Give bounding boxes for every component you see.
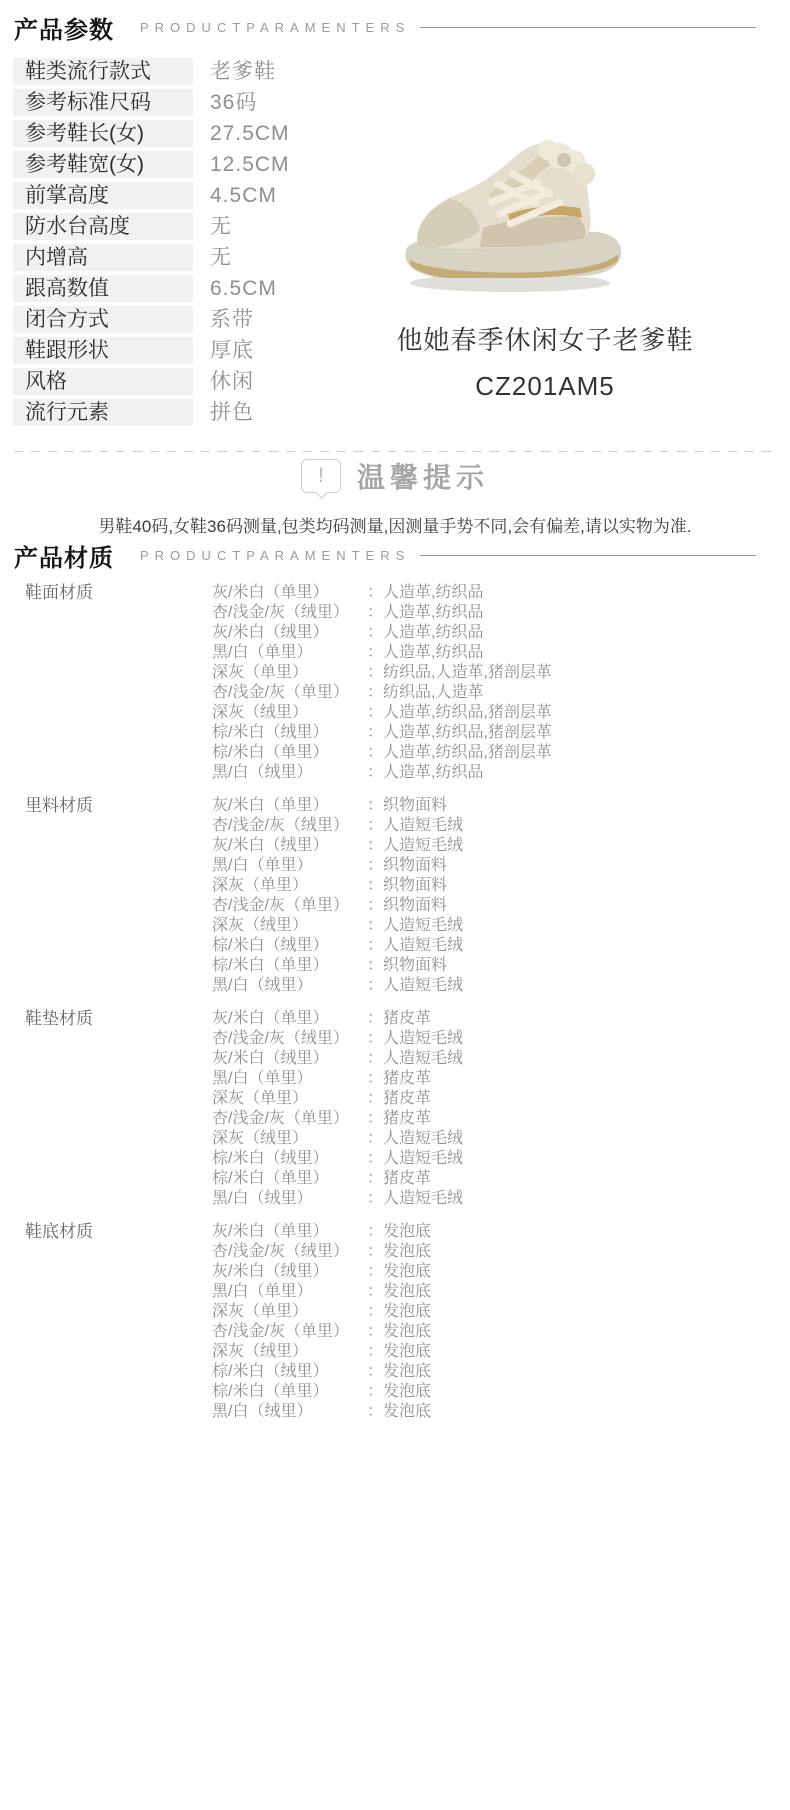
- sneaker-illustration: [388, 98, 638, 298]
- exclamation-bubble-icon: !: [301, 459, 341, 493]
- material-colorway: 棕/米白（绒里）: [212, 1149, 367, 1169]
- material-composition: ：人造短毛绒: [367, 976, 463, 996]
- section-subtitle-params: PRODUCTPARAMENTERS: [140, 20, 410, 35]
- material-row: 杏/浅金/灰（绒里）：人造短毛绒: [212, 816, 765, 836]
- material-colorway: 深灰（绒里）: [212, 1129, 367, 1149]
- spec-label: 前掌高度: [13, 182, 193, 209]
- material-row: 灰/米白（绒里）：发泡底: [212, 1262, 765, 1282]
- spec-label: 防水台高度: [13, 213, 193, 240]
- material-block-label: 里料材质: [25, 796, 93, 816]
- spec-label: 参考鞋宽(女): [13, 151, 193, 178]
- material-colorway: 黑/白（单里）: [212, 1069, 367, 1089]
- material-composition: ：发泡底: [367, 1322, 431, 1342]
- material-row: 棕/米白（绒里）：人造短毛绒: [212, 1149, 765, 1169]
- product-model: CZ201AM5: [390, 371, 700, 402]
- material-colorway: 杏/浅金/灰（单里）: [212, 683, 367, 703]
- material-colorway: 黑/白（绒里）: [212, 763, 367, 783]
- spec-row: 前掌高度4.5CM: [13, 182, 290, 209]
- material-composition: ：人造短毛绒: [367, 916, 463, 936]
- material-composition: ：人造革,纺织品: [367, 643, 483, 663]
- material-row: 灰/米白（单里）：发泡底: [212, 1222, 765, 1242]
- material-row: 黑/白（单里）：人造革,纺织品: [212, 643, 765, 663]
- material-colorway: 深灰（绒里）: [212, 1342, 367, 1362]
- spec-row: 参考标准尺码36码: [13, 89, 290, 116]
- material-row: 杏/浅金/灰（绒里）：发泡底: [212, 1242, 765, 1262]
- material-colorway: 灰/米白（绒里）: [212, 1262, 367, 1282]
- section-header-params: 产品参数 PRODUCTPARAMENTERS: [14, 10, 756, 45]
- material-row: 灰/米白（绒里）：人造短毛绒: [212, 836, 765, 856]
- material-colorway: 棕/米白（绒里）: [212, 1362, 367, 1382]
- material-row: 棕/米白（单里）：猪皮革: [212, 1169, 765, 1189]
- product-text: 他她春季休闲女子老爹鞋 CZ201AM5: [390, 320, 700, 402]
- material-row: 深灰（单里）：织物面料: [212, 876, 765, 896]
- material-row: 杏/浅金/灰（绒里）：人造短毛绒: [212, 1029, 765, 1049]
- tips-title: 温馨提示: [357, 456, 489, 496]
- material-composition: ：纺织品,人造革,猪剖层革: [367, 663, 552, 683]
- material-row: 棕/米白（绒里）：发泡底: [212, 1362, 765, 1382]
- spec-value: 系带: [210, 306, 254, 333]
- spec-value: 无: [210, 244, 232, 271]
- material-row: 深灰（单里）：纺织品,人造革,猪剖层革: [212, 663, 765, 683]
- material-row: 深灰（绒里）：人造短毛绒: [212, 916, 765, 936]
- material-row: 杏/浅金/灰（单里）：织物面料: [212, 896, 765, 916]
- material-row: 杏/浅金/灰（单里）：纺织品,人造革: [212, 683, 765, 703]
- material-row: 黑/白（绒里）：人造短毛绒: [212, 1189, 765, 1209]
- material-row: 黑/白（绒里）：人造短毛绒: [212, 976, 765, 996]
- material-colorway: 棕/米白（绒里）: [212, 723, 367, 743]
- material-composition: ：人造短毛绒: [367, 1189, 463, 1209]
- spec-row: 防水台高度无: [13, 213, 290, 240]
- material-colorway: 杏/浅金/灰（单里）: [212, 1109, 367, 1129]
- material-colorway: 灰/米白（单里）: [212, 796, 367, 816]
- spec-label: 流行元素: [13, 399, 193, 426]
- spec-value: 4.5CM: [210, 182, 277, 209]
- material-block: 鞋面材质灰/米白（单里）：人造革,纺织品杏/浅金/灰（绒里）：人造革,纺织品灰/…: [25, 583, 765, 783]
- materials-list: 鞋面材质灰/米白（单里）：人造革,纺织品杏/浅金/灰（绒里）：人造革,纺织品灰/…: [25, 583, 765, 1435]
- material-colorway: 黑/白（单里）: [212, 856, 367, 876]
- spec-row: 参考鞋长(女)27.5CM: [13, 120, 290, 147]
- material-composition: ：人造短毛绒: [367, 936, 463, 956]
- material-colorway: 黑/白（绒里）: [212, 976, 367, 996]
- spec-value: 无: [210, 213, 232, 240]
- material-composition: ：人造革,纺织品,猪剖层革: [367, 743, 552, 763]
- section-subtitle-materials: PRODUCTPARAMENTERS: [140, 548, 410, 563]
- material-colorway: 深灰（单里）: [212, 1089, 367, 1109]
- spec-label: 内增高: [13, 244, 193, 271]
- spec-label: 风格: [13, 368, 193, 395]
- material-composition: ：人造革,纺织品,猪剖层革: [367, 703, 552, 723]
- spec-label: 鞋类流行款式: [13, 58, 193, 85]
- spec-value: 36码: [210, 89, 257, 116]
- material-block: 里料材质灰/米白（单里）：织物面料杏/浅金/灰（绒里）：人造短毛绒灰/米白（绒里…: [25, 796, 765, 996]
- section-header-materials: 产品材质 PRODUCTPARAMENTERS: [14, 538, 756, 573]
- spec-value: 12.5CM: [210, 151, 290, 178]
- product-detail-page: { "header_params": { "title": "产品参数", "s…: [0, 0, 790, 1810]
- material-row: 深灰（绒里）：发泡底: [212, 1342, 765, 1362]
- spec-value: 27.5CM: [210, 120, 290, 147]
- material-composition: ：发泡底: [367, 1362, 431, 1382]
- section-title-params: 产品参数: [14, 10, 114, 45]
- material-composition: ：织物面料: [367, 896, 447, 916]
- material-composition: ：发泡底: [367, 1342, 431, 1362]
- material-row: 灰/米白（单里）：猪皮革: [212, 1009, 765, 1029]
- material-colorway: 灰/米白（绒里）: [212, 836, 367, 856]
- material-row: 棕/米白（单里）：发泡底: [212, 1382, 765, 1402]
- material-colorway: 深灰（单里）: [212, 1302, 367, 1322]
- section-rule: [420, 555, 756, 556]
- material-row: 灰/米白（单里）：人造革,纺织品: [212, 583, 765, 603]
- material-row: 黑/白（单里）：织物面料: [212, 856, 765, 876]
- spec-row: 内增高无: [13, 244, 290, 271]
- spec-label: 参考鞋长(女): [13, 120, 193, 147]
- material-row: 灰/米白（绒里）：人造短毛绒: [212, 1049, 765, 1069]
- material-row: 黑/白（绒里）：发泡底: [212, 1402, 765, 1422]
- material-colorway: 灰/米白（单里）: [212, 1222, 367, 1242]
- material-row: 深灰（绒里）：人造革,纺织品,猪剖层革: [212, 703, 765, 723]
- spec-value: 拼色: [210, 399, 254, 426]
- material-colorway: 黑/白（绒里）: [212, 1402, 367, 1422]
- spec-row: 流行元素拼色: [13, 399, 290, 426]
- material-composition: ：人造短毛绒: [367, 1049, 463, 1069]
- spec-row: 鞋类流行款式老爹鞋: [13, 58, 290, 85]
- material-colorway: 杏/浅金/灰（单里）: [212, 896, 367, 916]
- spec-row: 闭合方式系带: [13, 306, 290, 333]
- material-composition: ：人造短毛绒: [367, 1149, 463, 1169]
- material-row: 深灰（单里）：发泡底: [212, 1302, 765, 1322]
- material-colorway: 杏/浅金/灰（绒里）: [212, 1029, 367, 1049]
- material-composition: ：织物面料: [367, 876, 447, 896]
- material-composition: ：猪皮革: [367, 1089, 431, 1109]
- product-photo: [388, 98, 638, 298]
- material-row: 杏/浅金/灰（单里）：发泡底: [212, 1322, 765, 1342]
- material-colorway: 黑/白（单里）: [212, 643, 367, 663]
- material-composition: ：发泡底: [367, 1242, 431, 1262]
- material-row: 杏/浅金/灰（单里）：猪皮革: [212, 1109, 765, 1129]
- material-composition: ：发泡底: [367, 1302, 431, 1322]
- material-colorway: 棕/米白（绒里）: [212, 936, 367, 956]
- material-block-label: 鞋面材质: [25, 583, 93, 603]
- tips-note: 男鞋40码,女鞋36码测量,包类均码测量,因测量手势不同,会有偏差,请以实物为准…: [0, 512, 790, 537]
- material-composition: ：织物面料: [367, 856, 447, 876]
- spec-row: 跟高数值6.5CM: [13, 275, 290, 302]
- material-composition: ：人造革,纺织品,猪剖层革: [367, 723, 552, 743]
- material-colorway: 杏/浅金/灰（单里）: [212, 1322, 367, 1342]
- material-composition: ：织物面料: [367, 956, 447, 976]
- material-colorway: 灰/米白（绒里）: [212, 1049, 367, 1069]
- material-block: 鞋底材质灰/米白（单里）：发泡底杏/浅金/灰（绒里）：发泡底灰/米白（绒里）：发…: [25, 1222, 765, 1422]
- material-composition: ：织物面料: [367, 796, 447, 816]
- tips-header: ! 温馨提示: [0, 456, 790, 496]
- spec-label: 闭合方式: [13, 306, 193, 333]
- material-colorway: 深灰（绒里）: [212, 703, 367, 723]
- spec-row: 参考鞋宽(女)12.5CM: [13, 151, 290, 178]
- material-block: 鞋垫材质灰/米白（单里）：猪皮革杏/浅金/灰（绒里）：人造短毛绒灰/米白（绒里）…: [25, 1009, 765, 1209]
- material-composition: ：人造短毛绒: [367, 1029, 463, 1049]
- material-composition: ：人造革,纺织品: [367, 763, 483, 783]
- material-row: 杏/浅金/灰（绒里）：人造革,纺织品: [212, 603, 765, 623]
- spec-row: 风格休闲: [13, 368, 290, 395]
- spec-value: 休闲: [210, 368, 254, 395]
- material-colorway: 棕/米白（单里）: [212, 956, 367, 976]
- material-row: 棕/米白（绒里）：人造革,纺织品,猪剖层革: [212, 723, 765, 743]
- spec-label: 跟高数值: [13, 275, 193, 302]
- material-row: 黑/白（绒里）：人造革,纺织品: [212, 763, 765, 783]
- spec-value: 6.5CM: [210, 275, 277, 302]
- material-composition: ：猪皮革: [367, 1069, 431, 1089]
- material-composition: ：人造革,纺织品: [367, 603, 483, 623]
- section-rule: [420, 27, 756, 28]
- material-composition: ：猪皮革: [367, 1009, 431, 1029]
- material-composition: ：人造短毛绒: [367, 816, 463, 836]
- material-composition: ：人造短毛绒: [367, 1129, 463, 1149]
- material-colorway: 杏/浅金/灰（绒里）: [212, 816, 367, 836]
- material-colorway: 灰/米白（单里）: [212, 583, 367, 603]
- material-colorway: 杏/浅金/灰（绒里）: [212, 603, 367, 623]
- spec-table: 鞋类流行款式老爹鞋参考标准尺码36码参考鞋长(女)27.5CM参考鞋宽(女)12…: [13, 58, 290, 430]
- material-colorway: 棕/米白（单里）: [212, 743, 367, 763]
- material-row: 黑/白（单里）：猪皮革: [212, 1069, 765, 1089]
- material-composition: ：发泡底: [367, 1262, 431, 1282]
- material-colorway: 杏/浅金/灰（绒里）: [212, 1242, 367, 1262]
- material-block-label: 鞋垫材质: [25, 1009, 93, 1029]
- material-composition: ：发泡底: [367, 1382, 431, 1402]
- material-row: 棕/米白（绒里）：人造短毛绒: [212, 936, 765, 956]
- material-block-label: 鞋底材质: [25, 1222, 93, 1242]
- material-composition: ：猪皮革: [367, 1169, 431, 1189]
- spec-row: 鞋跟形状厚底: [13, 337, 290, 364]
- exclamation-glyph: !: [318, 464, 324, 488]
- material-colorway: 棕/米白（单里）: [212, 1382, 367, 1402]
- material-colorway: 深灰（单里）: [212, 663, 367, 683]
- material-composition: ：发泡底: [367, 1282, 431, 1302]
- material-row: 深灰（绒里）：人造短毛绒: [212, 1129, 765, 1149]
- material-row: 棕/米白（单里）：织物面料: [212, 956, 765, 976]
- material-row: 棕/米白（单里）：人造革,纺织品,猪剖层革: [212, 743, 765, 763]
- material-row: 灰/米白（绒里）：人造革,纺织品: [212, 623, 765, 643]
- material-row: 黑/白（单里）：发泡底: [212, 1282, 765, 1302]
- spec-label: 参考标准尺码: [13, 89, 193, 116]
- spec-value: 老爹鞋: [210, 58, 276, 85]
- material-colorway: 灰/米白（单里）: [212, 1009, 367, 1029]
- material-colorway: 黑/白（单里）: [212, 1282, 367, 1302]
- material-row: 灰/米白（单里）：织物面料: [212, 796, 765, 816]
- material-row: 深灰（单里）：猪皮革: [212, 1089, 765, 1109]
- material-composition: ：发泡底: [367, 1402, 431, 1422]
- material-colorway: 黑/白（绒里）: [212, 1189, 367, 1209]
- material-composition: ：纺织品,人造革: [367, 683, 483, 703]
- material-colorway: 灰/米白（绒里）: [212, 623, 367, 643]
- material-colorway: 深灰（单里）: [212, 876, 367, 896]
- material-composition: ：人造短毛绒: [367, 836, 463, 856]
- section-title-materials: 产品材质: [14, 538, 114, 573]
- material-colorway: 棕/米白（单里）: [212, 1169, 367, 1189]
- spec-label: 鞋跟形状: [13, 337, 193, 364]
- material-composition: ：人造革,纺织品: [367, 623, 483, 643]
- material-colorway: 深灰（绒里）: [212, 916, 367, 936]
- spec-value: 厚底: [210, 337, 254, 364]
- material-composition: ：发泡底: [367, 1222, 431, 1242]
- dashed-divider: [14, 451, 776, 452]
- material-composition: ：人造革,纺织品: [367, 583, 483, 603]
- material-composition: ：猪皮革: [367, 1109, 431, 1129]
- product-name: 他她春季休闲女子老爹鞋: [390, 320, 700, 357]
